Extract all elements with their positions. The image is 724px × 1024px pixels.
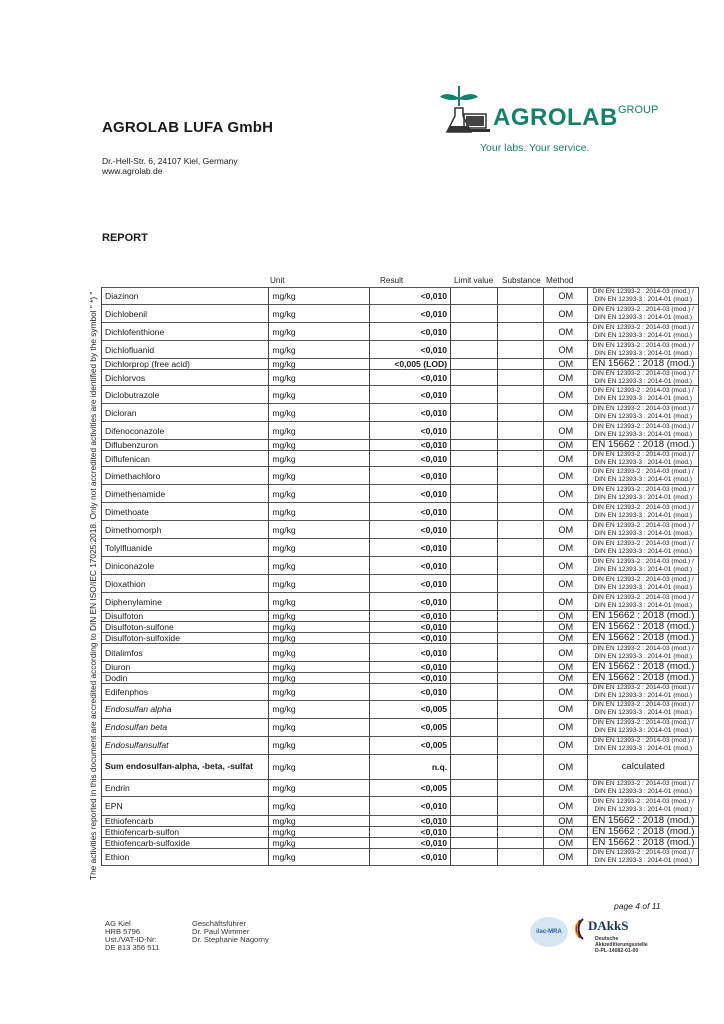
substance-cell: OM — [544, 521, 588, 539]
analyte-name: Dimethoate — [102, 503, 269, 521]
method-cell: DIN EN 12393-2 : 2014-03 (mod.) /DIN EN … — [588, 341, 699, 359]
analyte-name: Difenoconazole — [102, 422, 269, 440]
results-table-body: Diazinonmg/kg<0,010OMDIN EN 12393-2 : 20… — [102, 288, 699, 866]
limit-value-cell — [451, 539, 497, 557]
unit-cell: mg/kg — [269, 673, 369, 684]
method-cell: EN 15662 : 2018 (mod.) — [588, 815, 699, 826]
substance-cell: OM — [544, 422, 588, 440]
limit-value-cell — [497, 754, 543, 779]
substance-cell: OM — [544, 305, 588, 323]
limit-value-cell — [451, 633, 497, 644]
limit-value-cell — [497, 700, 543, 718]
analyte-name: Diclobutrazole — [102, 386, 269, 404]
method-line: DIN EN 12393-3 : 2014-01 (mod.) — [589, 727, 697, 735]
logo-group-label: GROUP — [618, 104, 658, 116]
table-row: Diflufenicanmg/kg<0,010OMDIN EN 12393-2 … — [102, 451, 699, 467]
result-cell: <0,005 — [369, 718, 451, 736]
limit-value-cell — [451, 593, 497, 611]
limit-value-cell — [497, 440, 543, 451]
method-line: DIN EN 12393-3 : 2014-01 (mod.) — [589, 459, 697, 467]
unit-cell: mg/kg — [269, 684, 369, 700]
unit-cell: mg/kg — [269, 370, 369, 386]
table-row: Edifenphosmg/kg<0,010OMDIN EN 12393-2 : … — [102, 684, 699, 700]
limit-value-cell — [451, 503, 497, 521]
unit-cell: mg/kg — [269, 736, 369, 754]
table-row: Difenoconazolemg/kg<0,010OMDIN EN 12393-… — [102, 422, 699, 440]
limit-value-cell — [497, 485, 543, 503]
limit-value-cell — [451, 386, 497, 404]
result-cell: <0,010 — [369, 386, 451, 404]
limit-value-cell — [497, 467, 543, 485]
limit-value-cell — [497, 644, 543, 662]
limit-value-cell — [451, 848, 497, 865]
unit-cell: mg/kg — [269, 633, 369, 644]
substance-cell: OM — [544, 779, 588, 796]
substance-cell: OM — [544, 485, 588, 503]
accreditation-note: The activities reported in this document… — [88, 240, 98, 880]
result-cell: <0,010 — [369, 622, 451, 633]
method-cell: DIN EN 12393-2 : 2014-03 (mod.) /DIN EN … — [588, 644, 699, 662]
method-cell: DIN EN 12393-2 : 2014-03 (mod.) /DIN EN … — [588, 386, 699, 404]
company-address: Dr.-Hell-Str. 6, 24107 Kiel, Germany www… — [102, 156, 238, 176]
result-cell: <0,010 — [369, 422, 451, 440]
footer-line: Dr. Stephanie Nagorny — [192, 936, 269, 944]
method-line: EN 15662 : 2018 (mod.) — [589, 816, 697, 826]
limit-value-cell — [451, 815, 497, 826]
column-header-method: Method — [546, 276, 573, 285]
unit-cell: mg/kg — [269, 539, 369, 557]
method-cell: DIN EN 12393-2 : 2014-03 (mod.) /DIN EN … — [588, 700, 699, 718]
table-row: Dimethoatemg/kg<0,010OMDIN EN 12393-2 : … — [102, 503, 699, 521]
dakks-flag-icon — [575, 918, 584, 940]
analyte-name: Endosulfan beta — [102, 718, 269, 736]
method-cell: DIN EN 12393-2 : 2014-03 (mod.) /DIN EN … — [588, 451, 699, 467]
limit-value-cell — [451, 673, 497, 684]
table-row: Dichlofenthionemg/kg<0,010OMDIN EN 12393… — [102, 323, 699, 341]
website-link: www.agrolab.de — [102, 166, 238, 176]
method-line: DIN EN 12393-3 : 2014-01 (mod.) — [589, 653, 697, 661]
method-line: EN 15662 : 2018 (mod.) — [589, 359, 697, 369]
table-row: Ditalimfosmg/kg<0,010OMDIN EN 12393-2 : … — [102, 644, 699, 662]
footer-line: DE 813 356 511 — [105, 944, 159, 952]
limit-value-cell — [451, 736, 497, 754]
result-cell: <0,010 — [369, 539, 451, 557]
method-cell: DIN EN 12393-2 : 2014-03 (mod.) /DIN EN … — [588, 521, 699, 539]
method-cell: DIN EN 12393-2 : 2014-03 (mod.) /DIN EN … — [588, 593, 699, 611]
unit-cell: mg/kg — [269, 467, 369, 485]
result-cell: <0,010 — [369, 815, 451, 826]
unit-cell: mg/kg — [269, 359, 369, 370]
limit-value-cell — [451, 288, 497, 305]
limit-value-cell — [497, 611, 543, 622]
method-cell: EN 15662 : 2018 (mod.) — [588, 662, 699, 673]
method-line: DIN EN 12393-2 : 2014-03 (mod.) / — [589, 451, 697, 459]
limit-value-cell — [497, 633, 543, 644]
analyte-name: Ethiofencarb-sulfoxide — [102, 837, 269, 848]
limit-value-cell — [451, 341, 497, 359]
limit-value-cell — [497, 422, 543, 440]
limit-value-cell — [497, 305, 543, 323]
limit-value-cell — [497, 451, 543, 467]
limit-value-cell — [497, 503, 543, 521]
analyte-name: Dimethachloro — [102, 467, 269, 485]
unit-cell: mg/kg — [269, 796, 369, 815]
limit-value-cell — [451, 323, 497, 341]
unit-cell: mg/kg — [269, 837, 369, 848]
result-cell: <0,010 — [369, 404, 451, 422]
substance-cell: OM — [544, 736, 588, 754]
table-row: Endosulfan alphamg/kg<0,005OMDIN EN 1239… — [102, 700, 699, 718]
method-line: DIN EN 12393-3 : 2014-01 (mod.) — [589, 548, 697, 556]
limit-value-cell — [497, 370, 543, 386]
table-row: Tolylfluanidemg/kg<0,010OMDIN EN 12393-2… — [102, 539, 699, 557]
method-line: DIN EN 12393-3 : 2014-01 (mod.) — [589, 602, 697, 610]
unit-cell: mg/kg — [269, 404, 369, 422]
method-line: DIN EN 12393-2 : 2014-03 (mod.) / — [589, 684, 697, 692]
method-cell: DIN EN 12393-2 : 2014-03 (mod.) /DIN EN … — [588, 557, 699, 575]
limit-value-cell — [451, 370, 497, 386]
limit-value-cell — [451, 684, 497, 700]
company-name: AGROLAB LUFA GmbH — [102, 119, 273, 136]
method-cell: DIN EN 12393-2 : 2014-03 (mod.) /DIN EN … — [588, 485, 699, 503]
unit-cell: mg/kg — [269, 386, 369, 404]
table-row: Ethionmg/kg<0,010OMDIN EN 12393-2 : 2014… — [102, 848, 699, 865]
limit-value-cell — [451, 796, 497, 815]
method-line: DIN EN 12393-2 : 2014-03 (mod.) / — [589, 701, 697, 709]
result-cell: <0,010 — [369, 305, 451, 323]
analyte-name: Ethiofencarb-sulfon — [102, 826, 269, 837]
method-line: DIN EN 12393-2 : 2014-03 (mod.) / — [589, 594, 697, 602]
limit-value-cell — [451, 451, 497, 467]
method-line: EN 15662 : 2018 (mod.) — [589, 622, 697, 632]
analyte-name: Diuron — [102, 662, 269, 673]
limit-value-cell — [451, 467, 497, 485]
limit-value-cell — [497, 684, 543, 700]
unit-cell: mg/kg — [269, 644, 369, 662]
agrolab-logo: AGROLAB GROUP Your labs. Your service. — [438, 84, 668, 164]
limit-value-cell — [497, 521, 543, 539]
analyte-name: Diphenylamine — [102, 593, 269, 611]
analyte-name: Disulfoton-sulfone — [102, 622, 269, 633]
method-cell: EN 15662 : 2018 (mod.) — [588, 826, 699, 837]
substance-cell: OM — [544, 754, 588, 779]
method-line: DIN EN 12393-3 : 2014-01 (mod.) — [589, 431, 697, 439]
method-line: EN 15662 : 2018 (mod.) — [589, 440, 697, 450]
address-line: Dr.-Hell-Str. 6, 24107 Kiel, Germany — [102, 156, 238, 166]
page-number: page 4 of 11 — [614, 901, 661, 911]
footer-registration: AG Kiel HRB 5796 Ust./VAT-ID-Nr: DE 813 … — [105, 920, 159, 952]
result-cell: <0,005 — [369, 779, 451, 796]
method-cell: DIN EN 12393-2 : 2014-03 (mod.) /DIN EN … — [588, 404, 699, 422]
substance-cell: OM — [544, 848, 588, 865]
method-line: EN 15662 : 2018 (mod.) — [589, 673, 697, 683]
limit-value-cell — [497, 796, 543, 815]
unit-cell: mg/kg — [269, 503, 369, 521]
substance-cell: OM — [544, 622, 588, 633]
limit-value-cell — [451, 575, 497, 593]
table-row: Diazinonmg/kg<0,010OMDIN EN 12393-2 : 20… — [102, 288, 699, 305]
substance-cell: OM — [544, 451, 588, 467]
method-cell: EN 15662 : 2018 (mod.) — [588, 622, 699, 633]
unit-cell: mg/kg — [269, 451, 369, 467]
unit-cell: mg/kg — [269, 575, 369, 593]
substance-cell: OM — [544, 440, 588, 451]
method-line: DIN EN 12393-2 : 2014-03 (mod.) / — [589, 423, 697, 431]
limit-value-cell — [451, 485, 497, 503]
table-row: Dichlobenilmg/kg<0,010OMDIN EN 12393-2 :… — [102, 305, 699, 323]
analyte-name: Dicloran — [102, 404, 269, 422]
substance-cell: OM — [544, 837, 588, 848]
method-line: DIN EN 12393-2 : 2014-03 (mod.) / — [589, 370, 697, 378]
limit-value-cell — [497, 386, 543, 404]
method-cell: DIN EN 12393-2 : 2014-03 (mod.) /DIN EN … — [588, 503, 699, 521]
table-row: Disulfotonmg/kg<0,010OMEN 15662 : 2018 (… — [102, 611, 699, 622]
result-cell: <0,010 — [369, 837, 451, 848]
result-cell: <0,010 — [369, 662, 451, 673]
method-cell: DIN EN 12393-2 : 2014-03 (mod.) /DIN EN … — [588, 736, 699, 754]
unit-cell: mg/kg — [269, 557, 369, 575]
analyte-name: EPN — [102, 796, 269, 815]
method-cell: EN 15662 : 2018 (mod.) — [588, 633, 699, 644]
method-line: DIN EN 12393-3 : 2014-01 (mod.) — [589, 512, 697, 520]
method-line: DIN EN 12393-2 : 2014-03 (mod.) / — [589, 719, 697, 727]
unit-cell: mg/kg — [269, 622, 369, 633]
limit-value-cell — [497, 359, 543, 370]
method-line: DIN EN 12393-3 : 2014-01 (mod.) — [589, 692, 697, 700]
analyte-name: Ethiofencarb — [102, 815, 269, 826]
method-cell: DIN EN 12393-2 : 2014-03 (mod.) /DIN EN … — [588, 288, 699, 305]
substance-cell: OM — [544, 288, 588, 305]
substance-cell: OM — [544, 796, 588, 815]
table-row: Ethiofencarb-sulfoxidemg/kg<0,010OMEN 15… — [102, 837, 699, 848]
dakks-line: D-PL-14082-01-00 — [595, 948, 648, 954]
method-cell: EN 15662 : 2018 (mod.) — [588, 611, 699, 622]
column-header-limit: Limit value — [454, 276, 493, 285]
unit-cell: mg/kg — [269, 593, 369, 611]
method-cell: EN 15662 : 2018 (mod.) — [588, 837, 699, 848]
method-line: DIN EN 12393-2 : 2014-03 (mod.) / — [589, 522, 697, 530]
substance-cell: OM — [544, 404, 588, 422]
method-cell: DIN EN 12393-2 : 2014-03 (mod.) /DIN EN … — [588, 370, 699, 386]
limit-value-cell — [497, 575, 543, 593]
table-row: Dicloranmg/kg<0,010OMDIN EN 12393-2 : 20… — [102, 404, 699, 422]
dakks-subtitle: Deutsche Akkreditierungsstelle D-PL-1408… — [595, 936, 648, 954]
method-line: DIN EN 12393-2 : 2014-03 (mod.) / — [589, 387, 697, 395]
result-cell: <0,010 — [369, 288, 451, 305]
limit-value-cell — [497, 341, 543, 359]
unit-cell: mg/kg — [269, 815, 369, 826]
result-cell: <0,010 — [369, 611, 451, 622]
table-row: Diflubenzuronmg/kg<0,010OMEN 15662 : 201… — [102, 440, 699, 451]
unit-cell: mg/kg — [269, 521, 369, 539]
method-cell: DIN EN 12393-2 : 2014-03 (mod.) /DIN EN … — [588, 684, 699, 700]
analyte-name: Endosulfansulfat — [102, 736, 269, 754]
method-line: DIN EN 12393-2 : 2014-03 (mod.) / — [589, 849, 697, 857]
method-line: DIN EN 12393-2 : 2014-03 (mod.) / — [589, 540, 697, 548]
result-cell: <0,005 — [369, 736, 451, 754]
limit-value-cell — [497, 593, 543, 611]
analyte-name: Dimethenamide — [102, 485, 269, 503]
result-cell: <0,010 — [369, 684, 451, 700]
method-line: DIN EN 12393-3 : 2014-01 (mod.) — [589, 584, 697, 592]
method-line: DIN EN 12393-3 : 2014-01 (mod.) — [589, 566, 697, 574]
method-line: DIN EN 12393-2 : 2014-03 (mod.) / — [589, 798, 697, 806]
analyte-name: Endrin — [102, 779, 269, 796]
table-row: Disulfoton-sulfonemg/kg<0,010OMEN 15662 … — [102, 622, 699, 633]
method-line: DIN EN 12393-3 : 2014-01 (mod.) — [589, 332, 697, 340]
method-line: DIN EN 12393-3 : 2014-01 (mod.) — [589, 788, 697, 796]
substance-cell: OM — [544, 644, 588, 662]
method-cell: DIN EN 12393-2 : 2014-03 (mod.) /DIN EN … — [588, 323, 699, 341]
limit-value-cell — [497, 815, 543, 826]
method-line: DIN EN 12393-3 : 2014-01 (mod.) — [589, 476, 697, 484]
limit-value-cell — [451, 521, 497, 539]
unit-cell: mg/kg — [269, 611, 369, 622]
substance-cell: OM — [544, 700, 588, 718]
method-line: EN 15662 : 2018 (mod.) — [589, 838, 697, 848]
limit-value-cell — [451, 557, 497, 575]
substance-cell: OM — [544, 684, 588, 700]
method-cell: calculated — [588, 754, 699, 779]
method-cell: DIN EN 12393-2 : 2014-03 (mod.) /DIN EN … — [588, 718, 699, 736]
result-cell: <0,010 — [369, 323, 451, 341]
analyte-name: Dichlofenthione — [102, 323, 269, 341]
flask-plant-icon — [438, 84, 493, 139]
limit-value-cell — [451, 662, 497, 673]
unit-cell: mg/kg — [269, 440, 369, 451]
table-row: Ethiofencarb-sulfonmg/kg<0,010OMEN 15662… — [102, 826, 699, 837]
method-line: DIN EN 12393-2 : 2014-03 (mod.) / — [589, 405, 697, 413]
analyte-name: Dioxathion — [102, 575, 269, 593]
limit-value-cell — [451, 718, 497, 736]
substance-cell: OM — [544, 575, 588, 593]
method-line: DIN EN 12393-3 : 2014-01 (mod.) — [589, 709, 697, 717]
result-cell: <0,005 — [369, 700, 451, 718]
result-cell: <0,010 — [369, 644, 451, 662]
method-cell: DIN EN 12393-2 : 2014-03 (mod.) /DIN EN … — [588, 539, 699, 557]
method-cell: DIN EN 12393-2 : 2014-03 (mod.) /DIN EN … — [588, 796, 699, 815]
limit-value-cell — [497, 736, 543, 754]
method-line: DIN EN 12393-3 : 2014-01 (mod.) — [589, 745, 697, 753]
table-row: Dioxathionmg/kg<0,010OMDIN EN 12393-2 : … — [102, 575, 699, 593]
method-line: DIN EN 12393-2 : 2014-03 (mod.) / — [589, 645, 697, 653]
table-row: Dimethachloromg/kg<0,010OMDIN EN 12393-2… — [102, 467, 699, 485]
limit-value-cell — [451, 622, 497, 633]
result-cell: <0,010 — [369, 633, 451, 644]
substance-cell: OM — [544, 662, 588, 673]
method-line: DIN EN 12393-3 : 2014-01 (mod.) — [589, 378, 697, 386]
table-row: Dodinmg/kg<0,010OMEN 15662 : 2018 (mod.) — [102, 673, 699, 684]
method-cell: DIN EN 12393-2 : 2014-03 (mod.) /DIN EN … — [588, 848, 699, 865]
table-row: Disulfoton-sulfoxidemg/kg<0,010OMEN 1566… — [102, 633, 699, 644]
limit-value-cell — [497, 826, 543, 837]
limit-value-cell — [497, 779, 543, 796]
analyte-name: Disulfoton — [102, 611, 269, 622]
method-line: EN 15662 : 2018 (mod.) — [589, 611, 697, 621]
substance-cell: OM — [544, 826, 588, 837]
analyte-name: Tolylfluanide — [102, 539, 269, 557]
table-row: Endosulfansulfatmg/kg<0,005OMDIN EN 1239… — [102, 736, 699, 754]
method-cell: DIN EN 12393-2 : 2014-03 (mod.) /DIN EN … — [588, 305, 699, 323]
method-cell: EN 15662 : 2018 (mod.) — [588, 673, 699, 684]
limit-value-cell — [497, 673, 543, 684]
ilac-mra-logo: ilac-MRA — [530, 917, 568, 947]
method-cell: DIN EN 12393-2 : 2014-03 (mod.) /DIN EN … — [588, 467, 699, 485]
substance-cell: OM — [544, 539, 588, 557]
table-row: Ethiofencarbmg/kg<0,010OMEN 15662 : 2018… — [102, 815, 699, 826]
substance-cell: OM — [544, 718, 588, 736]
table-row: Dimethenamidemg/kg<0,010OMDIN EN 12393-2… — [102, 485, 699, 503]
result-cell: <0,010 — [369, 440, 451, 451]
results-table: Diazinonmg/kg<0,010OMDIN EN 12393-2 : 20… — [101, 287, 699, 866]
method-cell: DIN EN 12393-2 : 2014-03 (mod.) /DIN EN … — [588, 779, 699, 796]
limit-value-cell — [451, 837, 497, 848]
limit-value-cell — [451, 700, 497, 718]
unit-cell: mg/kg — [269, 288, 369, 305]
limit-value-cell — [497, 323, 543, 341]
result-cell: n.q. — [369, 754, 451, 779]
method-cell: DIN EN 12393-2 : 2014-03 (mod.) /DIN EN … — [588, 422, 699, 440]
logo-wordmark: AGROLAB — [493, 104, 618, 132]
analyte-name: Dodin — [102, 673, 269, 684]
method-line: DIN EN 12393-2 : 2014-03 (mod.) / — [589, 780, 697, 788]
table-row: Diclobutrazolemg/kg<0,010OMDIN EN 12393-… — [102, 386, 699, 404]
analyte-name: Edifenphos — [102, 684, 269, 700]
limit-value-cell — [451, 359, 497, 370]
table-row: Diniconazolemg/kg<0,010OMDIN EN 12393-2 … — [102, 557, 699, 575]
method-line: DIN EN 12393-2 : 2014-03 (mod.) / — [589, 288, 697, 296]
analyte-name: Dichlobenil — [102, 305, 269, 323]
substance-cell: OM — [544, 593, 588, 611]
limit-value-cell — [451, 754, 497, 779]
limit-value-cell — [497, 662, 543, 673]
limit-value-cell — [497, 848, 543, 865]
table-row: Dichlofluanidmg/kg<0,010OMDIN EN 12393-2… — [102, 341, 699, 359]
result-cell: <0,010 — [369, 575, 451, 593]
substance-cell: OM — [544, 633, 588, 644]
analyte-name: Ditalimfos — [102, 644, 269, 662]
limit-value-cell — [451, 422, 497, 440]
result-cell: <0,010 — [369, 848, 451, 865]
substance-cell: OM — [544, 467, 588, 485]
analyte-name: Dichlorprop (free acid) — [102, 359, 269, 370]
unit-cell: mg/kg — [269, 305, 369, 323]
method-line: EN 15662 : 2018 (mod.) — [589, 662, 697, 672]
method-line: DIN EN 12393-3 : 2014-01 (mod.) — [589, 314, 697, 322]
table-row: Endrinmg/kg<0,005OMDIN EN 12393-2 : 2014… — [102, 779, 699, 796]
analyte-name: Ethion — [102, 848, 269, 865]
analyte-name: Diflubenzuron — [102, 440, 269, 451]
limit-value-cell — [451, 779, 497, 796]
method-line: DIN EN 12393-2 : 2014-03 (mod.) / — [589, 342, 697, 350]
method-line: DIN EN 12393-2 : 2014-03 (mod.) / — [589, 468, 697, 476]
unit-cell: mg/kg — [269, 826, 369, 837]
method-line: DIN EN 12393-2 : 2014-03 (mod.) / — [589, 486, 697, 494]
method-line: DIN EN 12393-2 : 2014-03 (mod.) / — [589, 504, 697, 512]
result-cell: <0,010 — [369, 451, 451, 467]
substance-cell: OM — [544, 557, 588, 575]
result-cell: <0,010 — [369, 503, 451, 521]
table-row: Dichlorvosmg/kg<0,010OMDIN EN 12393-2 : … — [102, 370, 699, 386]
substance-cell: OM — [544, 341, 588, 359]
limit-value-cell — [451, 404, 497, 422]
method-line: calculated — [589, 762, 697, 772]
limit-value-cell — [497, 404, 543, 422]
limit-value-cell — [497, 288, 543, 305]
method-line: DIN EN 12393-2 : 2014-03 (mod.) / — [589, 324, 697, 332]
table-row: Sum endosulfan-alpha, -beta, -sulfatmg/k… — [102, 754, 699, 779]
analyte-name: Dimethomorph — [102, 521, 269, 539]
